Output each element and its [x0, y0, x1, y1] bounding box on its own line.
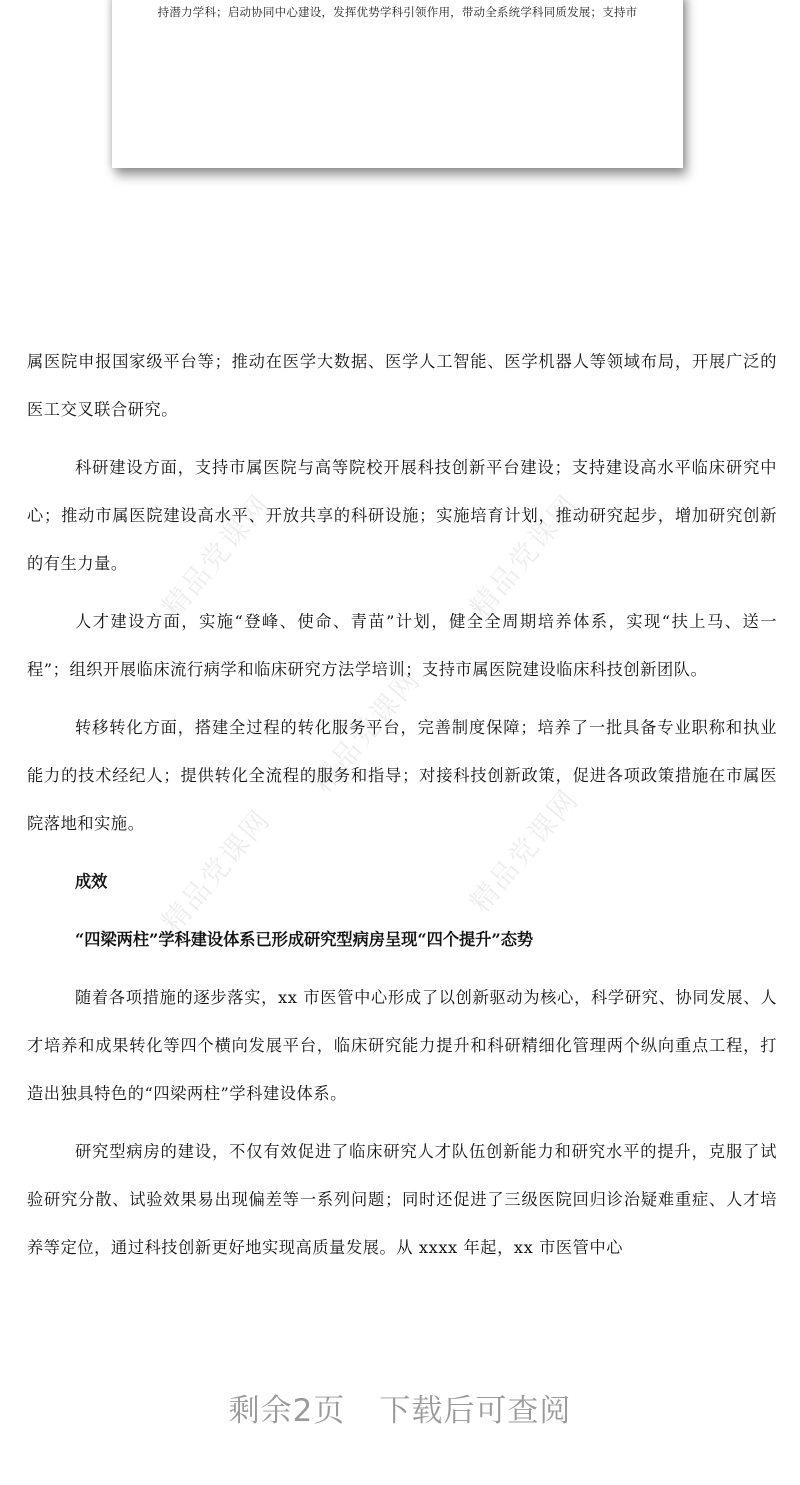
- paragraph-research-ward: 研究型病房的建设，不仅有效促进了临床研究人才队伍创新能力和研究水平的提升，克服了…: [27, 1128, 777, 1272]
- previous-page-preview: 持潜力学科；启动协同中心建设，发挥优势学科引领作用，带动全系统学科同质发展；支持…: [112, 0, 683, 168]
- subheading-discipline-system: “四梁两柱”学科建设体系已形成研究型病房呈现“四个提升”态势: [27, 916, 777, 964]
- paragraph-talent-construction: 人才建设方面，实施“登峰、使命、青苗”计划，健全全周期培养体系，实现“扶上马、送…: [27, 598, 777, 694]
- preview-text-line: 持潜力学科；启动协同中心建设，发挥优势学科引领作用，带动全系统学科同质发展；支持…: [112, 4, 683, 20]
- download-to-read-banner[interactable]: 剩余2页下载后可查阅: [0, 1385, 800, 1430]
- section-heading-results: 成效: [27, 858, 777, 906]
- document-body: 属医院申报国家级平台等；推动在医学大数据、医学人工智能、医学机器人等领域布局，开…: [27, 338, 777, 1272]
- remaining-pages-label: 剩余2页: [229, 1393, 346, 1429]
- download-prompt-label[interactable]: 下载后可查阅: [379, 1393, 571, 1429]
- paragraph-four-beams-two-pillars: 随着各项措施的逐步落实，xx 市医管中心形成了以创新驱动为核心，科学研究、协同发…: [27, 974, 777, 1118]
- paragraph-transfer-transformation: 转移转化方面，搭建全过程的转化服务平台，完善制度保障；培养了一批具备专业职称和执…: [27, 704, 777, 848]
- paragraph-platform: 属医院申报国家级平台等；推动在医学大数据、医学人工智能、医学机器人等领域布局，开…: [27, 338, 777, 434]
- paragraph-research-construction: 科研建设方面，支持市属医院与高等院校开展科技创新平台建设；支持建设高水平临床研究…: [27, 444, 777, 588]
